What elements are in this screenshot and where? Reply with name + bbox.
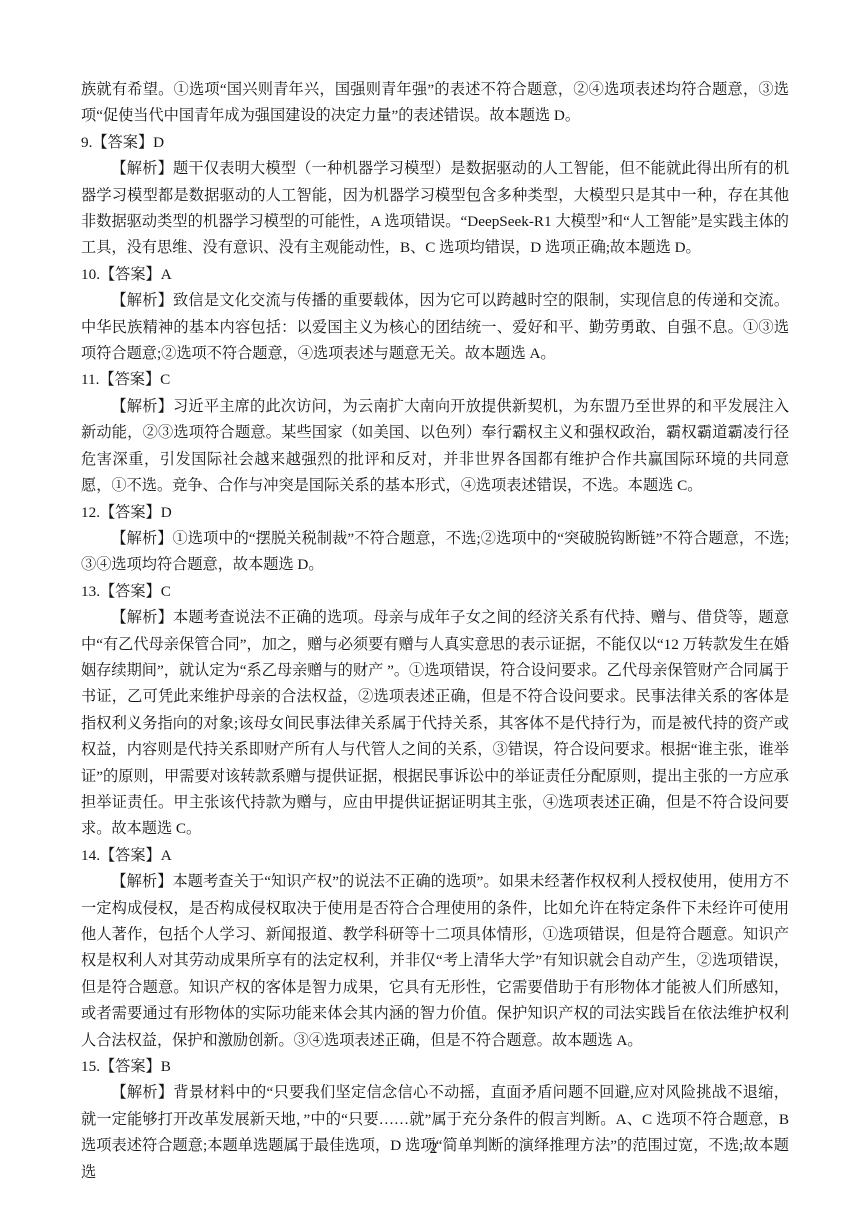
paragraph: 15.【答案】B: [81, 1054, 789, 1080]
paragraph: 13.【答案】C: [81, 579, 789, 605]
paragraph: 10.【答案】A: [81, 262, 789, 288]
paragraph: 【解析】①选项中的“摆脱关税制裁”不符合题意，不选;②选项中的“突破脱钩断链”不…: [81, 526, 789, 579]
page-number: 2: [0, 1138, 867, 1160]
answer-key-content: 族就有希望。①选项“国兴则青年兴，国强则青年强”的表述不符合题意，②④选项表述均…: [81, 77, 789, 1186]
paragraph: 【解析】致信是文化交流与传播的重要载体，因为它可以跨越时空的限制，实现信息的传递…: [81, 288, 789, 367]
paragraph: 【解析】本题考查关于“知识产权”的说法不正确的选项”。如果未经著作权权利人授权使…: [81, 869, 789, 1054]
paragraph: 11.【答案】C: [81, 367, 789, 393]
paragraph: 【解析】习近平主席的此次访问，为云南扩大南向开放提供新契机，为东盟乃至世界的和平…: [81, 394, 789, 500]
paragraph: 12.【答案】D: [81, 500, 789, 526]
paragraph: 【解析】本题考查说法不正确的选项。母亲与成年子女之间的经济关系有代持、赠与、借贷…: [81, 605, 789, 843]
paragraph: 14.【答案】A: [81, 843, 789, 869]
document-page: 族就有希望。①选项“国兴则青年兴，国强则青年强”的表述不符合题意，②④选项表述均…: [0, 0, 867, 1226]
paragraph: 【解析】题干仅表明大模型（一种机器学习模型）是数据驱动的人工智能，但不能就此得出…: [81, 156, 789, 262]
paragraph: 【解析】背景材料中的“只要我们坚定信念信心不动摇，直面矛盾问题不回避,应对风险挑…: [81, 1080, 789, 1186]
paragraph: 9.【答案】D: [81, 130, 789, 156]
paragraph: 族就有希望。①选项“国兴则青年兴，国强则青年强”的表述不符合题意，②④选项表述均…: [81, 77, 789, 130]
